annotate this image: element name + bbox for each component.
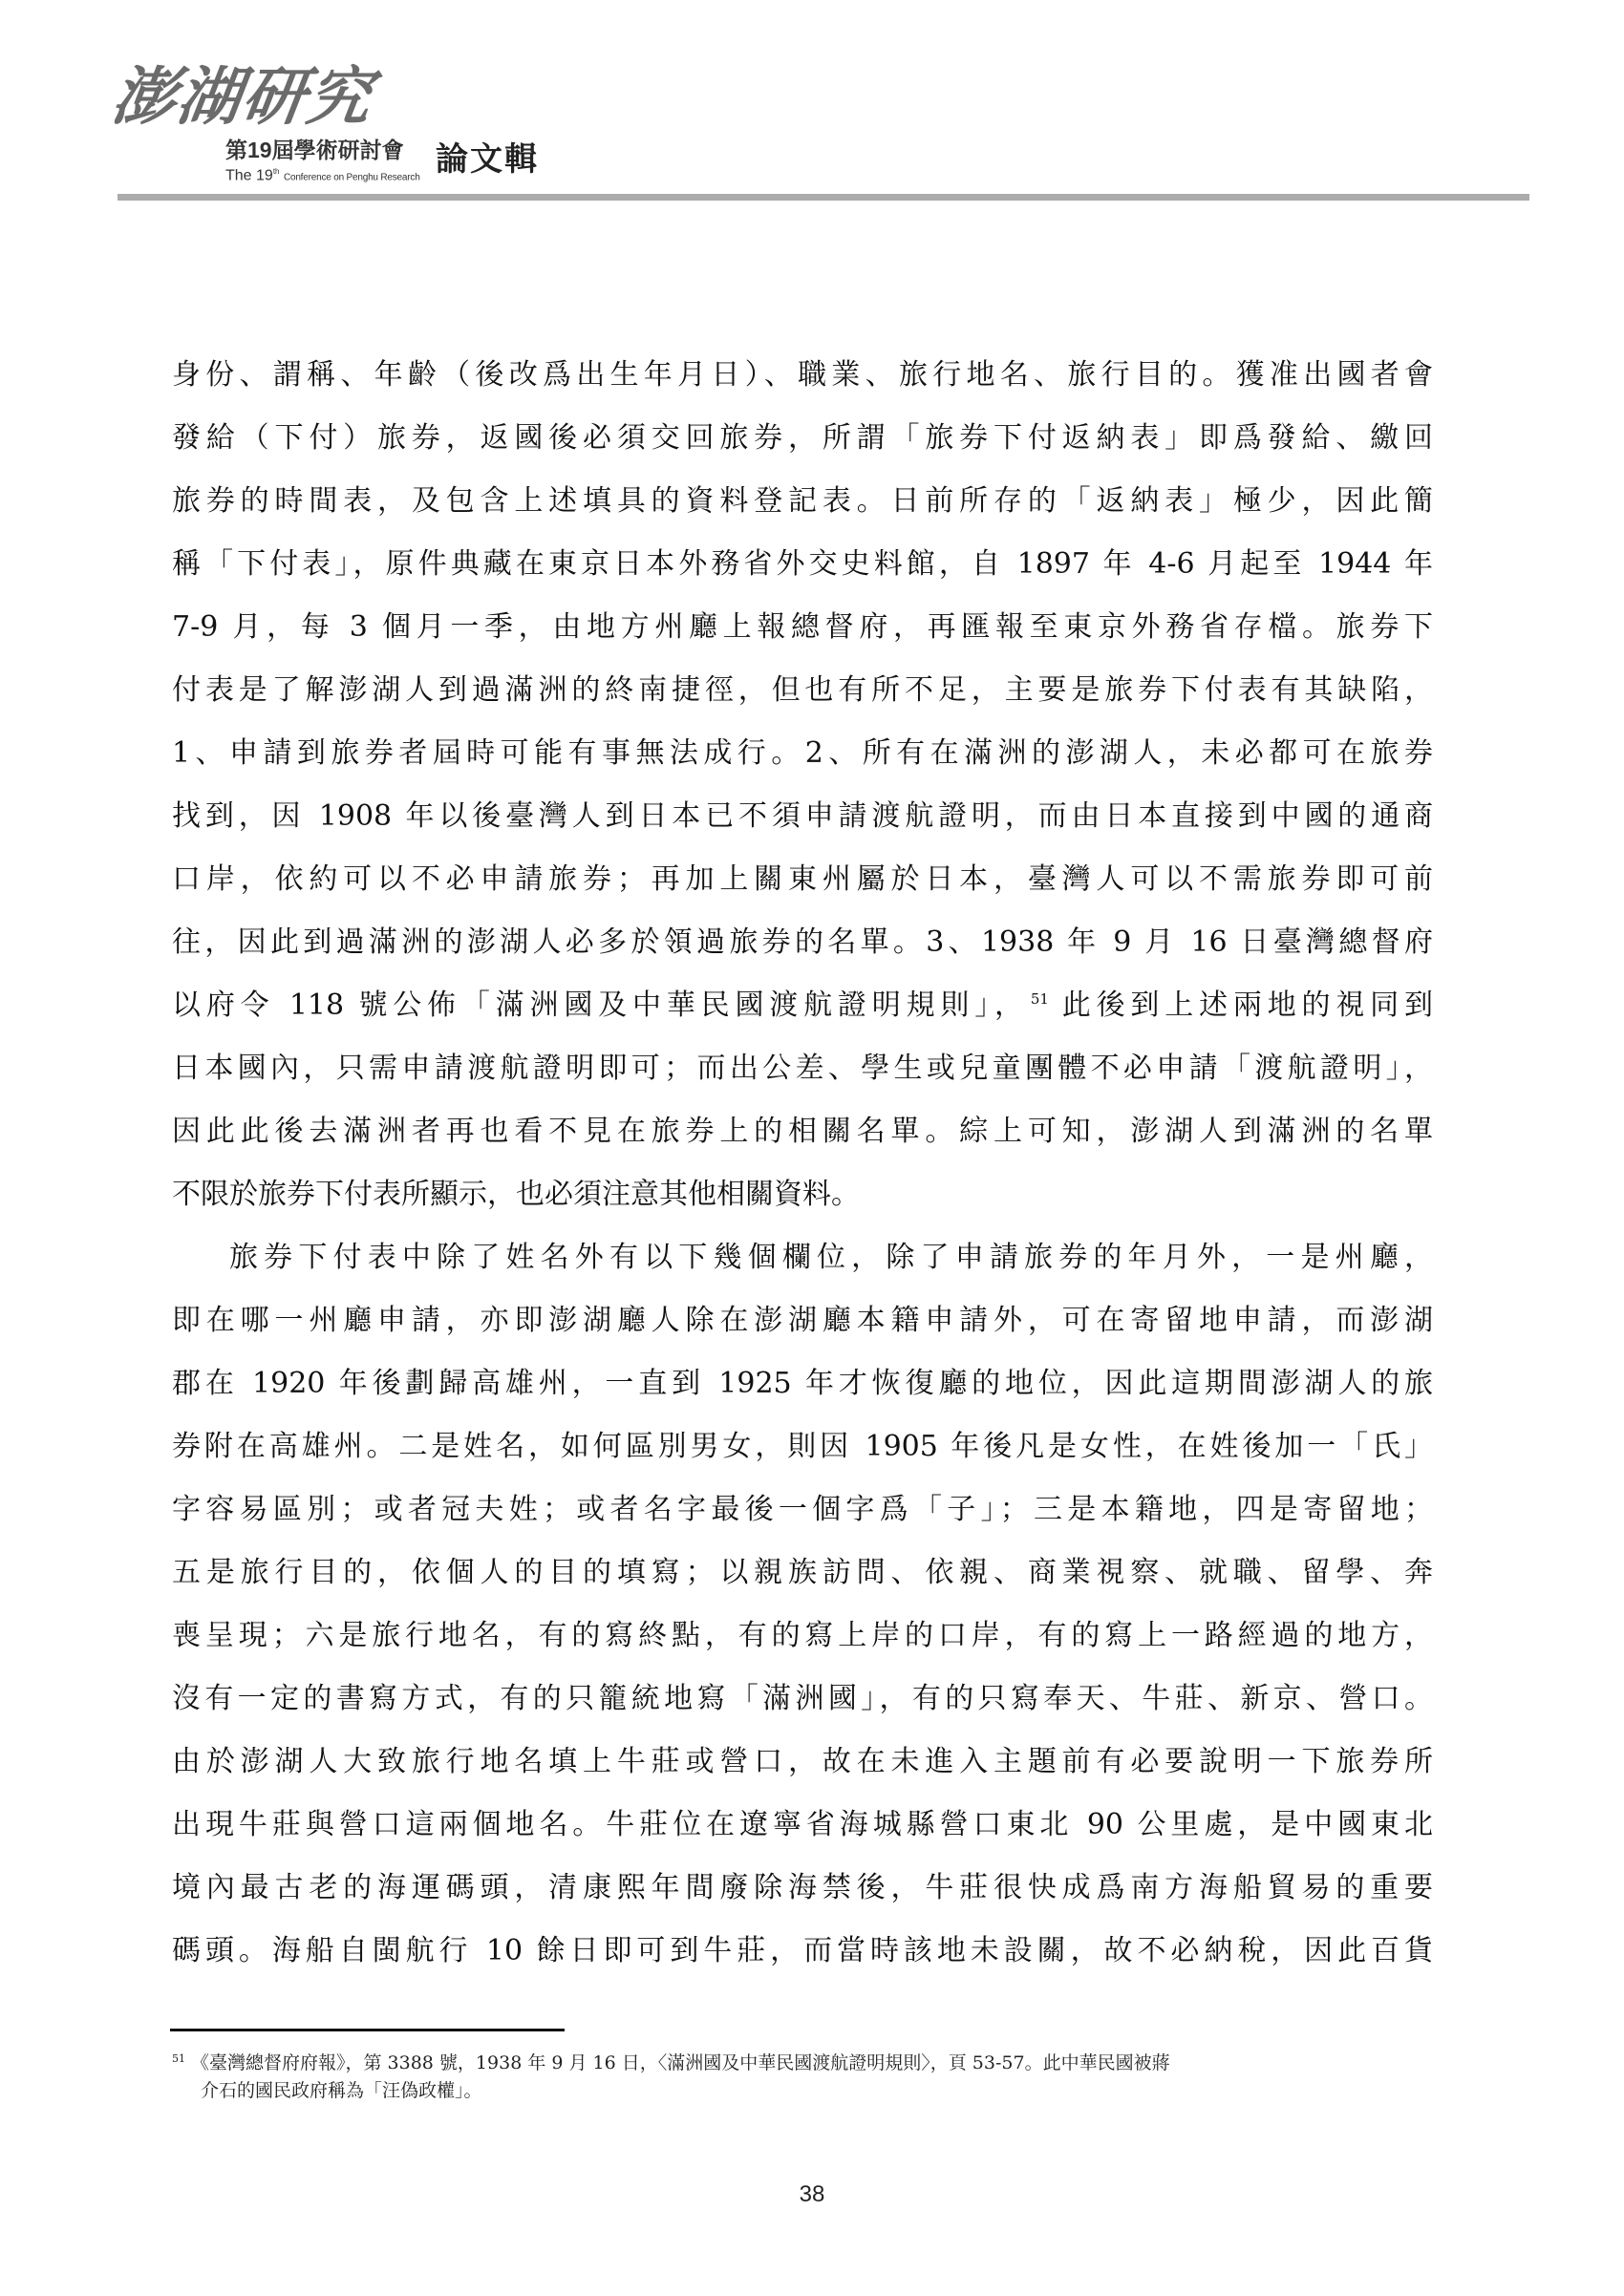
journal-logo-title: 澎湖研究 [108, 65, 376, 128]
text-line: 7-9 月，每 3 個月一季，由地方州廳上報總督府，再匯報至東京外務省存檔。旅券… [172, 596, 1433, 659]
text-line: 身份、謂稱、年齡（後改爲出生年月日）、職業、旅行地名、旅行目的。獲准出國者會 [172, 344, 1433, 407]
conference-en-ordinal: th [273, 167, 280, 176]
footnote-reference[interactable]: 51 [1029, 990, 1057, 1008]
text-line: 喪呈現；六是旅行地名，有的寫終點，有的寫上岸的口岸，有的寫上一路經過的地方， [172, 1605, 1433, 1668]
text-line: 由於澎湖人大致旅行地名填上牛莊或營口，故在未進入主題前有必要說明一下旅券所 [172, 1731, 1433, 1794]
text-line: 往，因此到過滿洲的澎湖人必多於領過旅券的名單。3、1938 年 9 月 16 日… [172, 911, 1433, 974]
body-text: 身份、謂稱、年齡（後改爲出生年月日）、職業、旅行地名、旅行目的。獲准出國者會 發… [172, 344, 1433, 1983]
page-header: 澎湖研究 第19屆學術研討會 The 19th Conference on Pe… [0, 0, 1624, 210]
text-line: 日本國內，只需申請渡航證明即可；而出公差、學生或兒童團體不必申請「渡航證明」， [172, 1037, 1433, 1100]
text-line: 字容易區別；或者冠夫姓；或者名字最後一個字爲「子」；三是本籍地，四是寄留地； [172, 1478, 1433, 1541]
text-line: 找到，因 1908 年以後臺灣人到日本已不須申請渡航證明，而由日本直接到中國的通… [172, 785, 1433, 848]
text-line: 付表是了解澎湖人到過滿洲的終南捷徑，但也有所不足，主要是旅券下付表有其缺陷， [172, 659, 1433, 722]
text-line: 碼頭。海船自閩航行 10 餘日即可到牛莊，而當時該地未設關，故不必納稅，因此百貨 [172, 1920, 1433, 1983]
collection-title: 論文輯 [436, 143, 539, 176]
footnote-text: 《臺灣總督府府報》，第 3388 號，1938 年 9 月 16 日，〈滿洲國及… [191, 2052, 1170, 2073]
text-line: 出現牛莊與營口這兩個地名。牛莊位在遼寧省海城縣營口東北 90 公里處，是中國東北 [172, 1794, 1433, 1857]
paragraph-start-line: 旅券下付表中除了姓名外有以下幾個欄位，除了申請旅券的年月外，一是州廳， [172, 1226, 1433, 1289]
text-line-with-footnote: 以府令 118 號公佈「滿洲國及中華民國渡航證明規則」，51此後到上述兩地的視同… [172, 974, 1433, 1037]
footnote-number: 51 [172, 2052, 191, 2065]
page-number: 38 [793, 2181, 831, 2208]
header-divider [118, 194, 1529, 201]
text-line: 旅券的時間表，及包含上述填具的資料登記表。日前所存的「返納表」極少，因此簡 [172, 470, 1433, 533]
text-line: 券附在高雄州。二是姓名，如何區別男女，則因 1905 年後凡是女性，在姓後加一「… [172, 1415, 1433, 1478]
conference-en-prefix: The 19 [225, 167, 273, 183]
text-segment: 此後到上述兩地的視同到 [1057, 989, 1433, 1022]
text-line: 沒有一定的書寫方式，有的只籠統地寫「滿洲國」，有的只寫奉天、牛莊、新京、營口。 [172, 1668, 1433, 1731]
text-line: 五是旅行目的，依個人的目的填寫；以親族訪問、依親、商業視察、就職、留學、奔 [172, 1541, 1433, 1605]
text-line: 不限於旅券下付表所顯示，也必須注意其他相關資料。 [172, 1163, 1433, 1226]
conference-en-suffix: Conference on Penghu Research [284, 172, 420, 182]
text-line: 即在哪一州廳申請，亦即澎湖廳人除在澎湖廳本籍申請外，可在寄留地申請，而澎湖 [172, 1289, 1433, 1352]
text-line: 郡在 1920 年後劃歸高雄州，一直到 1925 年才恢復廳的地位，因此這期間澎… [172, 1352, 1433, 1415]
text-segment: 以府令 118 號公佈「滿洲國及中華民國渡航證明規則」， [172, 989, 1029, 1022]
footnote-line: 介石的國民政府稱為「汪偽政權」。 [172, 2077, 1433, 2105]
text-line: 境內最古老的海運碼頭，清康熙年間廢除海禁後，牛莊很快成爲南方海船貿易的重要 [172, 1857, 1433, 1920]
text-line: 因此此後去滿洲者再也看不見在旅券上的相關名單。綜上可知，澎湖人到滿洲的名單 [172, 1100, 1433, 1163]
footnote-line: 51《臺灣總督府府報》，第 3388 號，1938 年 9 月 16 日，〈滿洲… [172, 2050, 1433, 2077]
text-line: 稱「下付表」，原件典藏在東京日本外務省外交史料館，自 1897 年 4-6 月起… [172, 533, 1433, 596]
text-line: 1、申請到旅券者屆時可能有事無法成行。2、所有在滿洲的澎湖人，未必都可在旅券 [172, 722, 1433, 785]
conference-name-en: The 19th Conference on Penghu Research [225, 168, 420, 183]
text-line: 口岸，依約可以不必申請旅券；再加上關東州屬於日本，臺灣人可以不需旅券即可前 [172, 848, 1433, 911]
footnote-divider [170, 2029, 565, 2031]
text-line: 發給（下付）旅券，返國後必須交回旅券，所謂「旅券下付返納表」即爲發給、繳回 [172, 407, 1433, 470]
footnote-51: 51《臺灣總督府府報》，第 3388 號，1938 年 9 月 16 日，〈滿洲… [172, 2050, 1433, 2105]
conference-name-zh: 第19屆學術研討會 [225, 139, 404, 161]
